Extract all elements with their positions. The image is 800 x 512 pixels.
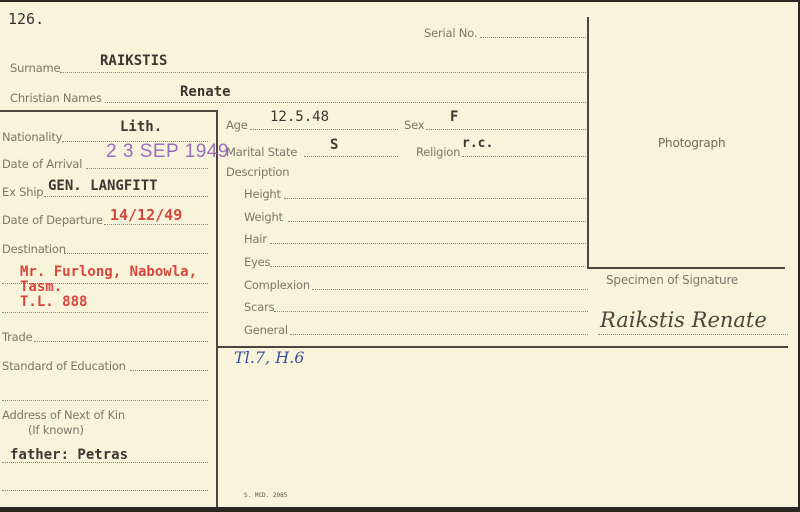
departure-date-value: 14/12/49	[110, 206, 182, 224]
ex-ship-line	[44, 196, 208, 197]
age-label: Age	[226, 118, 248, 132]
date-of-arrival-line	[86, 168, 208, 169]
religion-value: r.c.	[462, 136, 493, 151]
arrival-date-stamp: 2 3 SEP 1949	[106, 141, 229, 163]
destination-line-value: Tasm.	[20, 280, 197, 295]
photograph-label: Photograph	[658, 136, 725, 150]
marital-state-label: Marital State	[226, 145, 297, 159]
christian-names-line	[105, 102, 586, 103]
left-column-divider	[216, 110, 218, 507]
surname-line	[60, 72, 586, 73]
nationality-value: Lith.	[120, 119, 162, 135]
age-value: 12.5.48	[270, 109, 329, 125]
religion-label: Religion	[416, 145, 460, 159]
next-of-kin-line	[2, 462, 208, 463]
religion-line	[462, 156, 586, 157]
card-number: 126.	[8, 10, 44, 28]
date-of-departure-label: Date of Departure	[2, 213, 103, 227]
surname-value: RAIKSTIS	[100, 53, 167, 69]
date-of-arrival-label: Date of Arrival	[2, 157, 82, 171]
weight-label: Weight	[244, 210, 283, 224]
hair-label: Hair	[244, 232, 267, 246]
destination-line-3	[2, 312, 208, 313]
destination-line-1	[64, 253, 208, 254]
sex-label: Sex	[404, 118, 424, 132]
photo-box-left-border	[587, 17, 589, 269]
eyes-label: Eyes	[244, 255, 270, 269]
next-of-kin-line-2	[2, 490, 208, 491]
nationality-label: Nationality	[2, 130, 62, 144]
serial-line	[480, 37, 586, 38]
sex-value: F	[450, 109, 458, 125]
trade-label: Trade	[2, 330, 33, 344]
age-line	[250, 129, 398, 130]
left-box-top-border	[0, 110, 218, 112]
scars-line	[274, 311, 588, 312]
education-line	[130, 370, 208, 371]
description-label: Description	[226, 165, 289, 179]
general-label: General	[244, 323, 288, 337]
marital-state-value: S	[330, 137, 338, 153]
date-of-departure-line	[104, 224, 208, 225]
christian-names-label: Christian Names	[10, 91, 102, 105]
weight-line	[288, 221, 586, 222]
eyes-line	[270, 266, 586, 267]
christian-names-value: Renate	[180, 84, 231, 100]
ex-ship-value: GEN. LANGFITT	[48, 178, 158, 194]
next-of-kin-sublabel: (If known)	[28, 423, 84, 437]
destination-line-value: T.L. 888	[20, 295, 197, 310]
photo-box-bottom-border	[587, 267, 785, 269]
signature-line	[598, 334, 788, 335]
next-of-kin-value: father: Petras	[10, 447, 128, 463]
migrant-record-card: 126. Serial No. Surname RAIKSTIS Christi…	[0, 2, 798, 507]
destination-line-value: Mr. Furlong, Nabowla,	[20, 265, 197, 280]
education-line-2	[2, 400, 208, 401]
height-label: Height	[244, 187, 281, 201]
general-line	[290, 334, 588, 335]
standard-of-education-label: Standard of Education	[2, 359, 126, 373]
complexion-label: Complexion	[244, 278, 310, 292]
scars-label: Scars	[244, 300, 274, 314]
serial-label: Serial No.	[424, 26, 477, 40]
height-line	[284, 198, 586, 199]
destination-label: Destination	[2, 242, 66, 256]
signature-value: Raikstis Renate	[600, 308, 767, 332]
marital-state-line	[304, 156, 398, 157]
signature-label: Specimen of Signature	[606, 273, 738, 287]
next-of-kin-label: Address of Next of Kin	[2, 408, 125, 422]
sex-line	[426, 129, 586, 130]
trade-line	[34, 341, 208, 342]
complexion-line	[312, 289, 588, 290]
form-code: S. MCD. 2085	[244, 492, 287, 499]
ex-ship-label: Ex Ship	[2, 185, 43, 199]
handwritten-note: Tl.7, H.6	[234, 348, 304, 367]
destination-value: Mr. Furlong, Nabowla, Tasm. T.L. 888	[20, 265, 197, 310]
hair-line	[270, 243, 586, 244]
surname-label: Surname	[10, 61, 60, 75]
